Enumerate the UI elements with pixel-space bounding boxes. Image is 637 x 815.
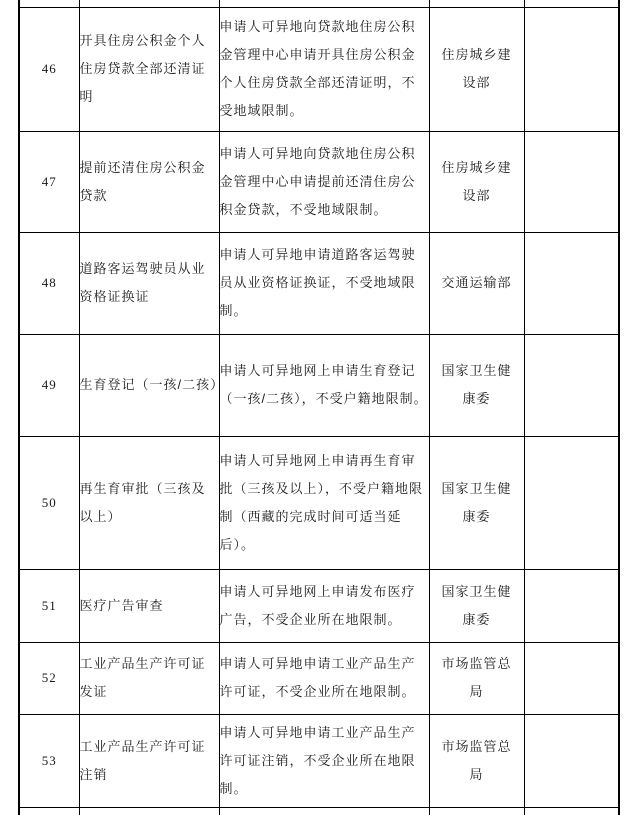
department-cell: 国家卫生健 康委: [429, 436, 524, 569]
description-cell: 申请人可异地申请道路客运驾驶员从业资格证换证，不受地域限制。: [219, 232, 429, 334]
description-cell: 申请人可异地申请工业产品生产许可证，不受企业所在地限制。: [219, 642, 429, 714]
note-cell: [524, 436, 619, 569]
department-cell: 国家卫生健 康委: [429, 334, 524, 436]
department-cell: 交通运输部: [429, 232, 524, 334]
item-name-cell: 道路客运驾驶员从业资格证换证: [79, 232, 219, 334]
table-row-partial-next: [19, 807, 619, 815]
row-number-cell: [19, 0, 79, 7]
row-number-cell: 48: [19, 232, 79, 334]
table-row: 47 提前还清住房公积金贷款 申请人可异地向贷款地住房公积金管理中心申请提前还清…: [19, 131, 619, 232]
department-cell: [429, 807, 524, 815]
description-cell: [219, 807, 429, 815]
row-number-cell: 51: [19, 569, 79, 642]
item-name-cell: 工业产品生产许可证发证: [79, 642, 219, 714]
item-name-cell: 工业产品生产许可证注销: [79, 714, 219, 807]
department-cell: 市场监管总 局: [429, 714, 524, 807]
note-cell: [524, 714, 619, 807]
description-cell: 申请人可异地申请工业产品生产许可证注销，不受企业所在地限制。: [219, 714, 429, 807]
table-row: 49 生育登记（一孩/二孩） 申请人可异地网上申请生育登记（一孩/二孩），不受户…: [19, 334, 619, 436]
department-cell: 国家卫生健 康委: [429, 569, 524, 642]
note-cell: [524, 642, 619, 714]
item-name-cell: 开具住房公积金个人住房贷款全部还清证明: [79, 7, 219, 131]
note-cell: [524, 7, 619, 131]
item-name-cell: 提前还清住房公积金贷款: [79, 131, 219, 232]
table-row: 48 道路客运驾驶员从业资格证换证 申请人可异地申请道路客运驾驶员从业资格证换证…: [19, 232, 619, 334]
document-page: 46 开具住房公积金个人住房贷款全部还清证明 申请人可异地向贷款地住房公积金管理…: [0, 0, 637, 815]
row-number-cell: 47: [19, 131, 79, 232]
service-items-table: 46 开具住房公积金个人住房贷款全部还清证明 申请人可异地向贷款地住房公积金管理…: [18, 0, 620, 815]
department-cell: 市场监管总 局: [429, 642, 524, 714]
row-number-cell: 46: [19, 7, 79, 131]
item-name-cell: [79, 807, 219, 815]
item-name-cell: 再生育审批（三孩及以上）: [79, 436, 219, 569]
department-cell: 住房城乡建 设部: [429, 7, 524, 131]
table-row: 50 再生育审批（三孩及以上） 申请人可异地网上申请再生育审批（三孩及以上），不…: [19, 436, 619, 569]
description-cell: 申请人可异地网上申请再生育审批（三孩及以上），不受户籍地限制（西藏的完成时间可适…: [219, 436, 429, 569]
note-cell: [524, 807, 619, 815]
row-number-cell: 50: [19, 436, 79, 569]
table-row: 52 工业产品生产许可证发证 申请人可异地申请工业产品生产许可证，不受企业所在地…: [19, 642, 619, 714]
table-row: 53 工业产品生产许可证注销 申请人可异地申请工业产品生产许可证注销，不受企业所…: [19, 714, 619, 807]
item-name-cell: 生育登记（一孩/二孩）: [79, 334, 219, 436]
description-cell: 申请人可异地网上申请生育登记（一孩/二孩），不受户籍地限制。: [219, 334, 429, 436]
note-cell: [524, 232, 619, 334]
row-number-cell: 52: [19, 642, 79, 714]
description-cell: 申请人可异地向贷款地住房公积金管理中心申请提前还清住房公积金贷款，不受地域限制。: [219, 131, 429, 232]
note-cell: [524, 334, 619, 436]
row-number-cell: [19, 807, 79, 815]
note-cell: [524, 131, 619, 232]
note-cell: [524, 569, 619, 642]
row-number-cell: 49: [19, 334, 79, 436]
description-cell: 申请人可异地向贷款地住房公积金管理中心申请开具住房公积金个人住房贷款全部还清证明…: [219, 7, 429, 131]
note-cell: [524, 0, 619, 7]
table-row-partial-previous: [19, 0, 619, 7]
description-cell: [219, 0, 429, 7]
row-number-cell: 53: [19, 714, 79, 807]
description-cell: 申请人可异地网上申请发布医疗广告，不受企业所在地限制。: [219, 569, 429, 642]
item-name-cell: 医疗广告审查: [79, 569, 219, 642]
department-cell: [429, 0, 524, 7]
table-row: 51 医疗广告审查 申请人可异地网上申请发布医疗广告，不受企业所在地限制。 国家…: [19, 569, 619, 642]
table-row: 46 开具住房公积金个人住房贷款全部还清证明 申请人可异地向贷款地住房公积金管理…: [19, 7, 619, 131]
item-name-cell: [79, 0, 219, 7]
department-cell: 住房城乡建 设部: [429, 131, 524, 232]
